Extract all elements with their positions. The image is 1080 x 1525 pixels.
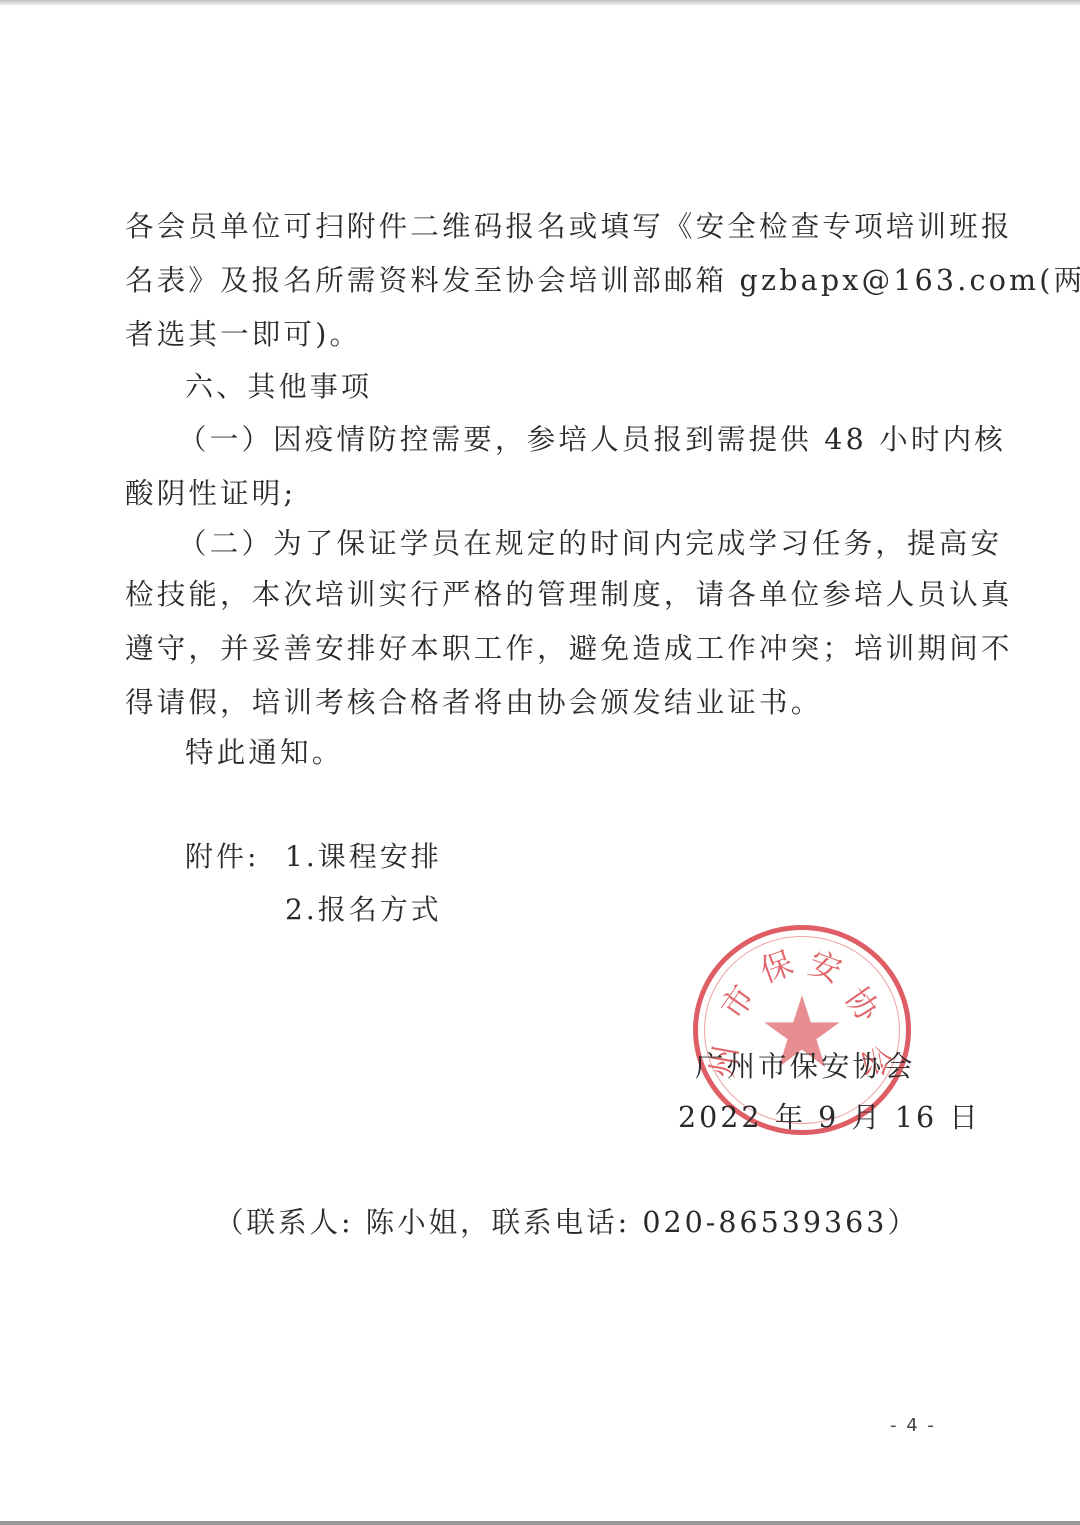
item-1-line-2: 酸阴性证明;: [125, 474, 930, 514]
section-heading-other-matters: 六、其他事项: [185, 367, 990, 407]
attachment-item-1: 1.课程安排: [285, 837, 442, 877]
registration-line-2: 名表》及报名所需资料发至协会培训部邮箱 gzbapx@163.com(两: [125, 261, 930, 301]
signing-date: 2022 年 9 月 16 日: [678, 1098, 981, 1138]
item-2-line-3: 遵守，并妥善安排好本职工作，避免造成工作冲突；培训期间不: [125, 629, 930, 669]
scan-top-edge: [0, 0, 1080, 6]
item-2-line-1: （二）为了保证学员在规定的时间内完成学习任务，提高安: [178, 524, 938, 564]
registration-line-3: 者选其一即可)。: [125, 315, 930, 355]
item-1-line-1: （一）因疫情防控需要，参培人员报到需提供 48 小时内核: [178, 420, 938, 460]
item-2-line-4: 得请假，培训考核合格者将由协会颁发结业证书。: [125, 683, 930, 723]
closing-text: 特此通知。: [185, 733, 990, 773]
page-number: - 4 -: [890, 1415, 936, 1436]
attachments-label: 附件:: [185, 837, 259, 877]
attachment-item-2: 2.报名方式: [285, 890, 442, 930]
contact-info: （联系人: 陈小姐，联系电话: 020-86539363）: [215, 1203, 919, 1243]
scan-bottom-edge: [0, 1521, 1080, 1525]
signing-organization: 广州市保安协会: [695, 1047, 916, 1087]
registration-line-1: 各会员单位可扫附件二维码报名或填写《安全检查专项培训班报: [125, 207, 930, 247]
item-2-line-2: 检技能，本次培训实行严格的管理制度，请各单位参培人员认真: [125, 575, 930, 615]
